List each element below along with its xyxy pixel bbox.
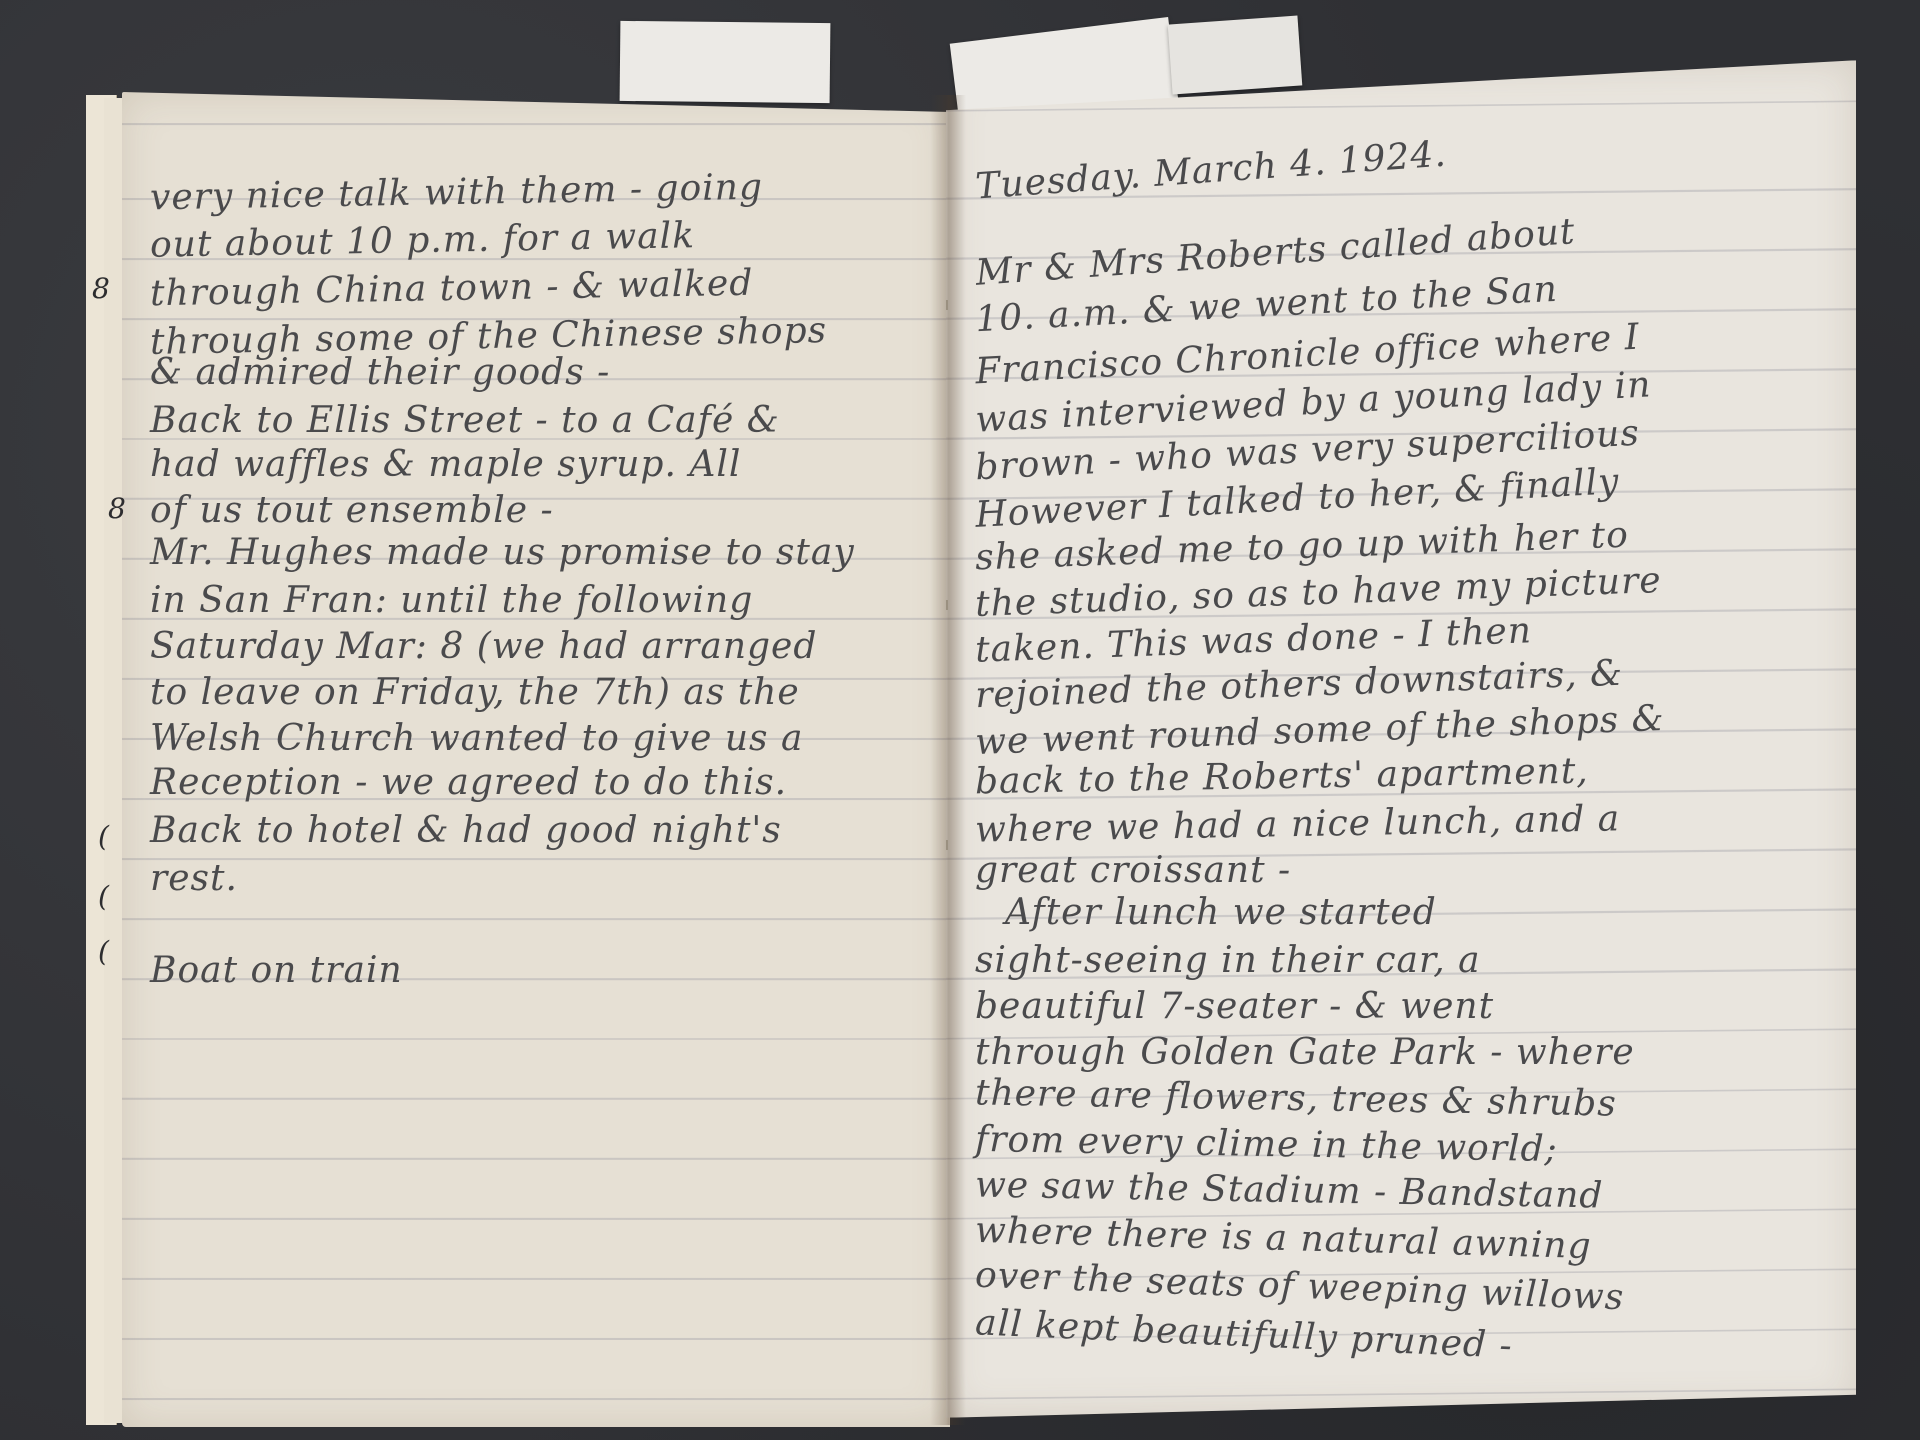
handwritten-line: had waffles & maple syrup. All bbox=[150, 444, 741, 485]
margin-mark: ( bbox=[98, 880, 109, 913]
book-gutter bbox=[930, 95, 966, 1425]
paper-insert bbox=[620, 21, 831, 103]
margin-mark: 8 bbox=[92, 272, 110, 305]
handwritten-line: Mr. Hughes made us promise to stay bbox=[150, 532, 855, 573]
margin-mark: 8 bbox=[108, 492, 126, 525]
handwritten-line: through Golden Gate Park - where bbox=[975, 1032, 1635, 1073]
handwritten-line: Reception - we agreed to do this. bbox=[150, 762, 787, 803]
diary-photo: 8 8 ( ( ( very nice talk with them - goi… bbox=[0, 0, 1920, 1440]
margin-mark: ( bbox=[98, 820, 109, 853]
handwritten-line: great croissant - bbox=[975, 850, 1291, 891]
handwritten-line: & admired their goods - bbox=[150, 352, 610, 393]
handwritten-line: to leave on Friday, the 7th) as the bbox=[150, 672, 800, 713]
handwritten-line: rest. bbox=[150, 858, 238, 899]
handwritten-line: Back to Ellis Street - to a Café & bbox=[150, 400, 780, 441]
handwritten-line: Back to hotel & had good night's bbox=[150, 810, 782, 851]
handwritten-line: beautiful 7-seater - & went bbox=[975, 986, 1494, 1027]
handwritten-line: Boat on train bbox=[150, 950, 403, 991]
handwritten-line: of us tout ensemble - bbox=[150, 490, 554, 531]
binding-stitch bbox=[946, 840, 948, 850]
handwritten-line: in San Fran: until the following bbox=[150, 580, 753, 621]
handwritten-line: After lunch we started bbox=[1005, 892, 1437, 933]
binding-stitch bbox=[946, 600, 948, 610]
binding-stitch bbox=[946, 300, 948, 310]
handwritten-line: Saturday Mar: 8 (we had arranged bbox=[150, 626, 817, 667]
paper-insert bbox=[1168, 16, 1303, 95]
margin-mark: ( bbox=[98, 935, 109, 968]
handwritten-line: sight-seeing in their car, a bbox=[975, 940, 1481, 981]
handwritten-line: Welsh Church wanted to give us a bbox=[150, 718, 803, 759]
